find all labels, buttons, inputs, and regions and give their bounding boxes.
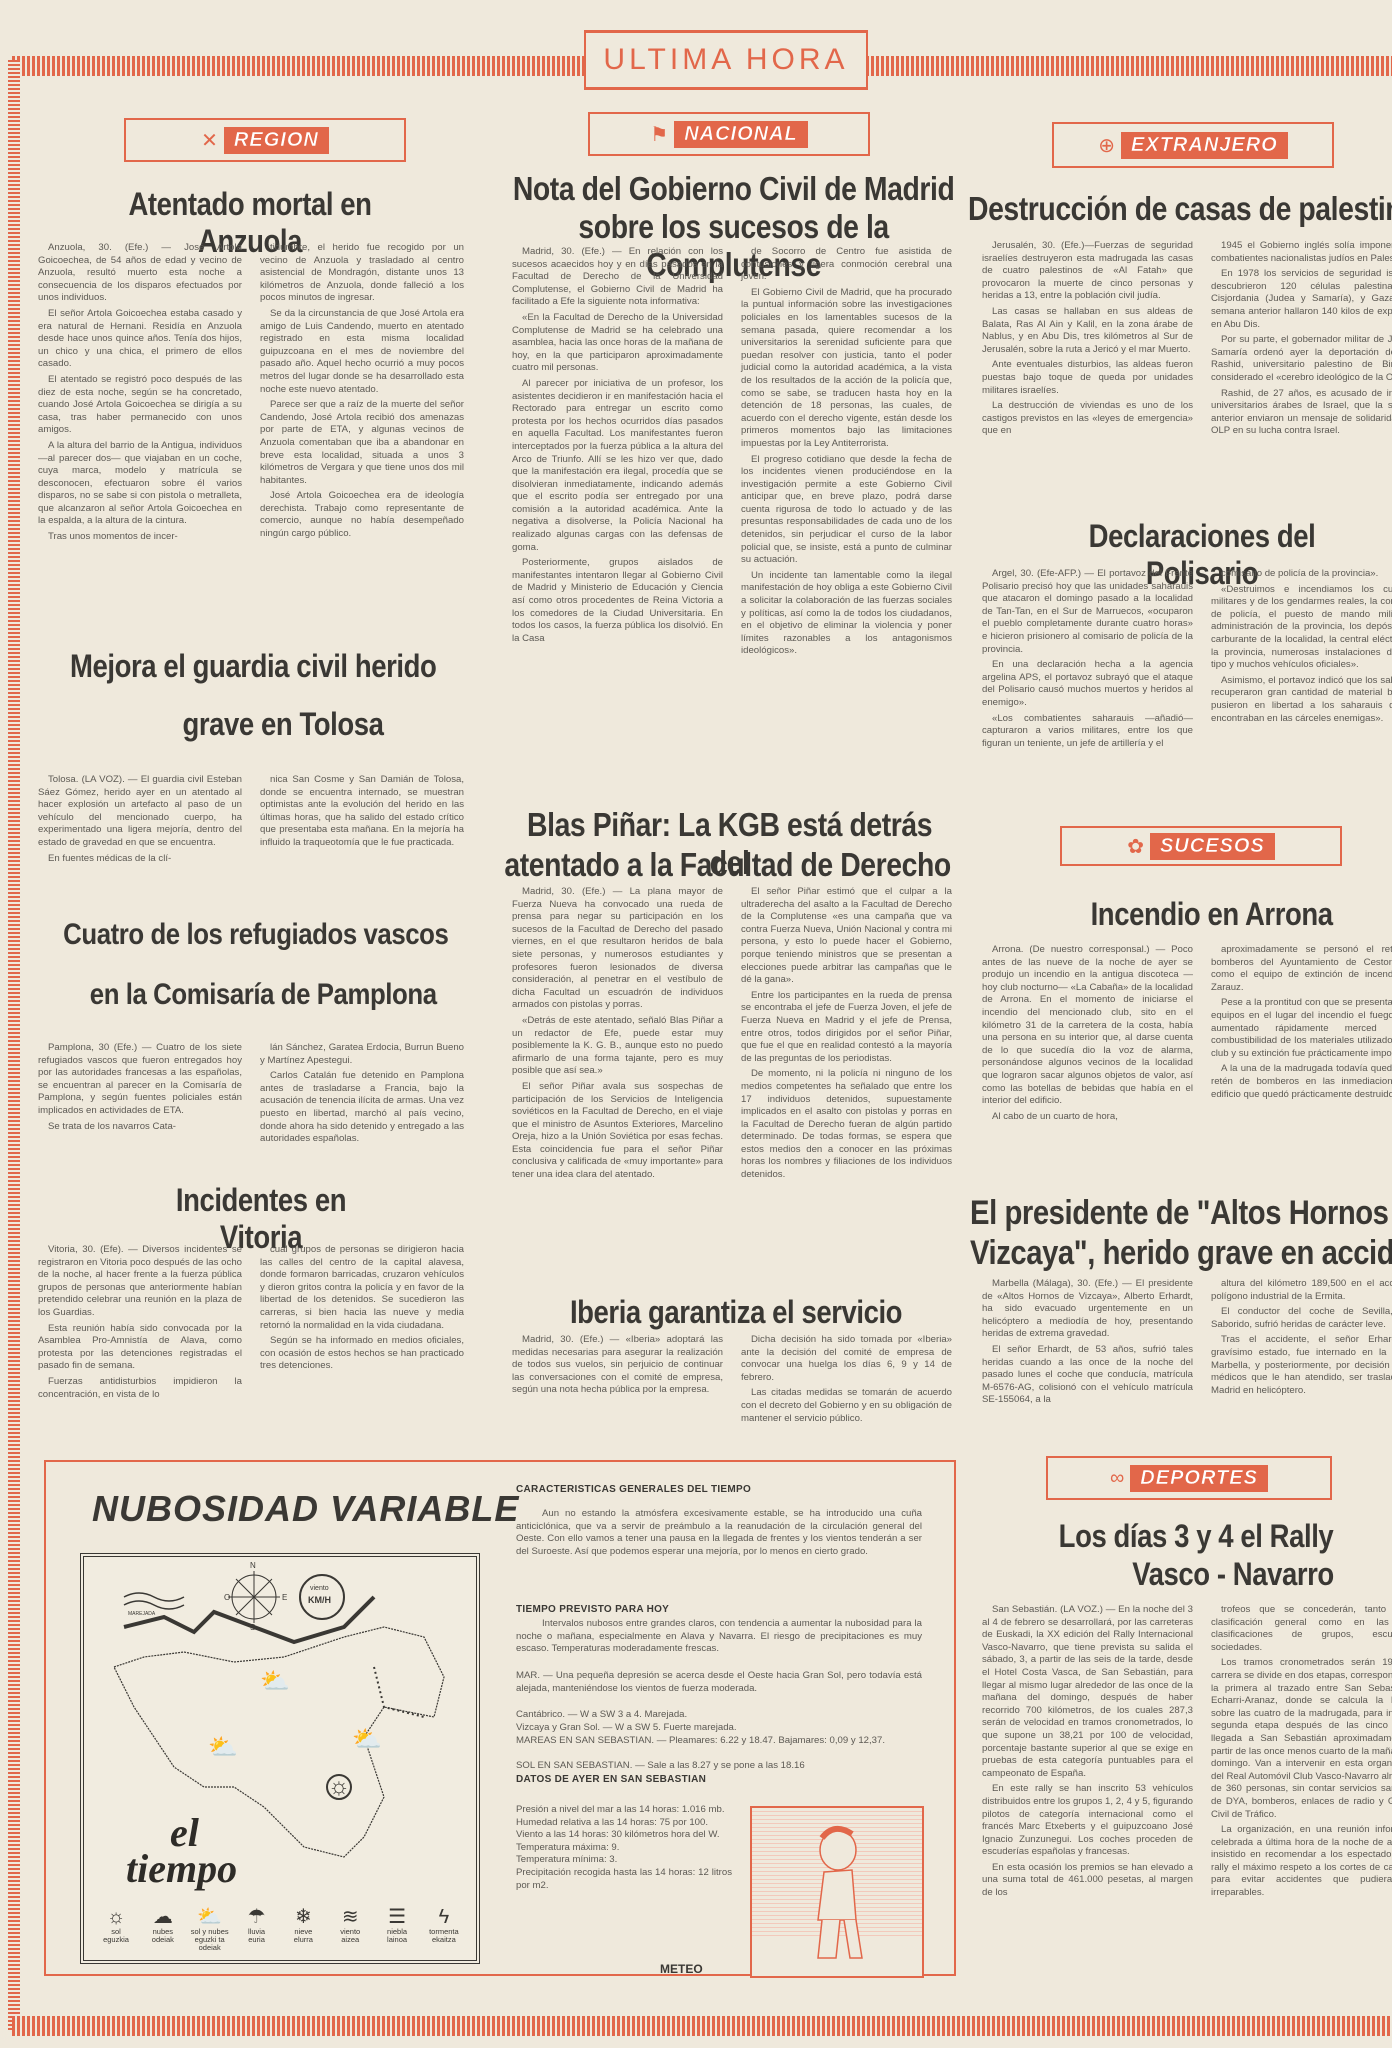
legend-item: ⛅sol y nubeseguzki ta odeiak	[188, 1906, 232, 1952]
sun-and-clouds-icon: ⛅	[197, 1906, 222, 1928]
left-stripe	[8, 60, 20, 2030]
wind-icon: ≋	[342, 1906, 359, 1928]
weather-forecast-heading: TIEMPO PREVISTO PARA HOY	[516, 1604, 669, 1615]
weather-forecast-text: Intervalos nubosos entre grandes claros,…	[516, 1618, 922, 1656]
weather-cantabrico: Cantábrico. — W a SW 3 a 4. Marejada.	[516, 1709, 922, 1722]
legend-item: ☂lluviaeuria	[235, 1906, 279, 1952]
section-extranjero: ⊕ EXTRANJERO	[1052, 122, 1334, 168]
section-deportes-label: DEPORTES	[1130, 1465, 1268, 1492]
headline-rally-line2: Vasco - Navarro	[1104, 1556, 1362, 1593]
headline-pamplona-line2: en la Comisaría de Pamplona	[74, 978, 452, 1012]
article-rally: San Sebastián. (LA VOZ.) — En la noche d…	[982, 1604, 1392, 1903]
el-tiempo-logo: el tiempo	[126, 1815, 237, 1887]
sun-and-clouds-icon: ⛅	[260, 1667, 290, 1696]
article-altos-hornos: Marbella (Málaga), 30. (Efe.) — El presi…	[982, 1278, 1392, 1410]
legend-item: ☼soleguzkia	[94, 1906, 138, 1952]
weather-title: NUBOSIDAD VARIABLE	[92, 1488, 519, 1530]
rain-icon: ☂	[248, 1906, 266, 1928]
snow-icon: ❄	[295, 1906, 312, 1928]
section-sucesos: ✿ SUCESOS	[1060, 826, 1342, 866]
compass-e-label: E	[282, 1593, 287, 1602]
legend-item: ☁nubesodeiak	[141, 1906, 185, 1952]
stars-icon: ✿	[1127, 834, 1144, 859]
headline-altos-hornos-line2: Vizcaya", herido grave en accidente	[970, 1234, 1392, 1273]
globe-icon: ⊕	[1098, 133, 1115, 158]
sea-state-label: MAREJADA	[128, 1611, 155, 1617]
article-anzuola-col2: tidumbre, el herido fue recogido por un …	[260, 242, 464, 547]
weather-mareas: MAREAS EN SAN SEBASTIAN. — Pleamares: 6.…	[516, 1735, 922, 1748]
bottom-stripe	[12, 2016, 1392, 2036]
top-stripe-left	[12, 56, 584, 76]
headline-complutense-line1: Nota del Gobierno Civil de Madrid	[510, 170, 957, 208]
headline-altos-hornos-line1: El presidente de "Altos Hornos de	[970, 1194, 1392, 1233]
ikurrina-flag-icon: ✕	[201, 128, 218, 153]
weather-map: N O E S viento KM/H MAREJADA ⛅ ⛅ ⛅ ☼ el …	[80, 1553, 480, 1964]
article-anzuola: Anzuola, 30. (Efe.) — José Artola Goicoe…	[38, 242, 464, 547]
article-palestinos: Jerusalén, 30. (Efe.)—Fuerzas de segurid…	[982, 240, 1392, 441]
compass-s-label: S	[250, 1623, 255, 1632]
article-vitoria: Vitoria, 30. (Efe). — Diversos incidente…	[38, 1244, 464, 1404]
compass-o-label: O	[224, 1593, 230, 1602]
article-complutense: Madrid, 30. (Efe.) — En relación con los…	[512, 246, 952, 661]
weather-ayer-data: Presión a nivel del mar a las 14 horas: …	[516, 1804, 732, 1892]
wind-label: viento	[310, 1585, 329, 1592]
article-pamplona: Pamplona, 30 (Efe.) — Cuatro de los siet…	[38, 1042, 464, 1149]
sun-and-clouds-icon: ⛅	[352, 1725, 382, 1754]
wind-unit-label: KM/H	[308, 1595, 331, 1605]
weather-characteristics-heading: CARACTERISTICAS GENERALES DEL TIEMPO	[516, 1484, 751, 1495]
sun-and-clouds-icon: ⛅	[208, 1733, 238, 1762]
section-region: ✕ REGION	[124, 118, 406, 162]
article-arrona: Arrona. (De nuestro corresponsal.) — Poc…	[982, 944, 1392, 1126]
headline-iberia: Iberia garantiza el servicio	[564, 1294, 908, 1331]
masthead-title: ULTIMA HORA	[603, 43, 848, 77]
article-iberia: Madrid, 30. (Efe.) — «Iberia» adoptará l…	[512, 1334, 952, 1428]
legend-item: ❄nieveelurra	[281, 1906, 325, 1952]
top-stripe-right	[866, 56, 1392, 76]
headline-kgb-line2: atentado a la Facultad de Derecho	[504, 846, 951, 884]
section-extranjero-label: EXTRANJERO	[1121, 132, 1288, 159]
headline-rally-line1: Los días 3 y 4 el Rally	[1024, 1518, 1368, 1555]
sun-icon: ☼	[328, 1773, 350, 1801]
weather-cartoon-figure	[750, 1806, 924, 1978]
headline-tolosa-line2: grave en Tolosa	[154, 706, 412, 743]
weather-vizcaya: Vizcaya y Gran Sol. — W a SW 5. Fuerte m…	[516, 1722, 922, 1735]
clouds-icon: ☁	[153, 1906, 173, 1928]
masthead-ultima-hora: ULTIMA HORA	[584, 30, 868, 90]
rings-icon: ∞	[1110, 1467, 1124, 1490]
article-anzuola-col1: Anzuola, 30. (Efe.) — José Artola Goicoe…	[38, 242, 242, 547]
weather-characteristics-text: Aun no estando la atmósfera excesivament…	[516, 1508, 922, 1558]
section-region-label: REGION	[224, 127, 329, 154]
weather-mar: MAR. — Una pequeña depresión se acerca d…	[516, 1670, 922, 1695]
headline-arrona: Incendio en Arrona	[1074, 896, 1349, 933]
legend-item: ☰nieblalainoa	[375, 1906, 419, 1952]
legend-item: ≋vientoaizea	[328, 1906, 372, 1952]
section-deportes: ∞ DEPORTES	[1046, 1456, 1332, 1500]
headline-pamplona-line1: Cuatro de los refugiados vascos	[58, 918, 454, 952]
sun-icon: ☼	[107, 1906, 125, 1928]
runner-emblem-icon: ⚑	[650, 122, 668, 147]
article-kgb: Madrid, 30. (Efe.) — La plana mayor de F…	[512, 886, 952, 1185]
headline-tolosa-line1: Mejora el guardia civil herido	[64, 648, 442, 685]
fog-icon: ☰	[388, 1906, 406, 1928]
weather-legend: ☼soleguzkia ☁nubesodeiak ⛅sol y nubesegu…	[94, 1906, 466, 1952]
section-sucesos-label: SUCESOS	[1150, 833, 1275, 860]
weather-ayer-heading: DATOS DE AYER EN SAN SEBASTIAN	[516, 1774, 706, 1785]
compass-n-label: N	[250, 1561, 256, 1570]
legend-item: ϟtormentaekaitza	[422, 1906, 466, 1952]
weather-signature: METEO	[660, 1962, 703, 1976]
headline-palestinos: Destrucción de casas de palestinos	[968, 190, 1392, 228]
article-tolosa: Tolosa. (LA VOZ). — El guardia civil Est…	[38, 774, 464, 868]
walking-man-illustration	[752, 1808, 922, 1976]
section-nacional: ⚑ NACIONAL	[588, 112, 870, 156]
weather-sol: SOL EN SAN SEBASTIAN. — Sale a las 8.27 …	[516, 1760, 936, 1773]
section-nacional-label: NACIONAL	[674, 121, 808, 148]
storm-icon: ϟ	[439, 1906, 450, 1928]
article-polisario: Argel, 30. (Efe-AFP.) — El portavoz del …	[982, 568, 1392, 753]
